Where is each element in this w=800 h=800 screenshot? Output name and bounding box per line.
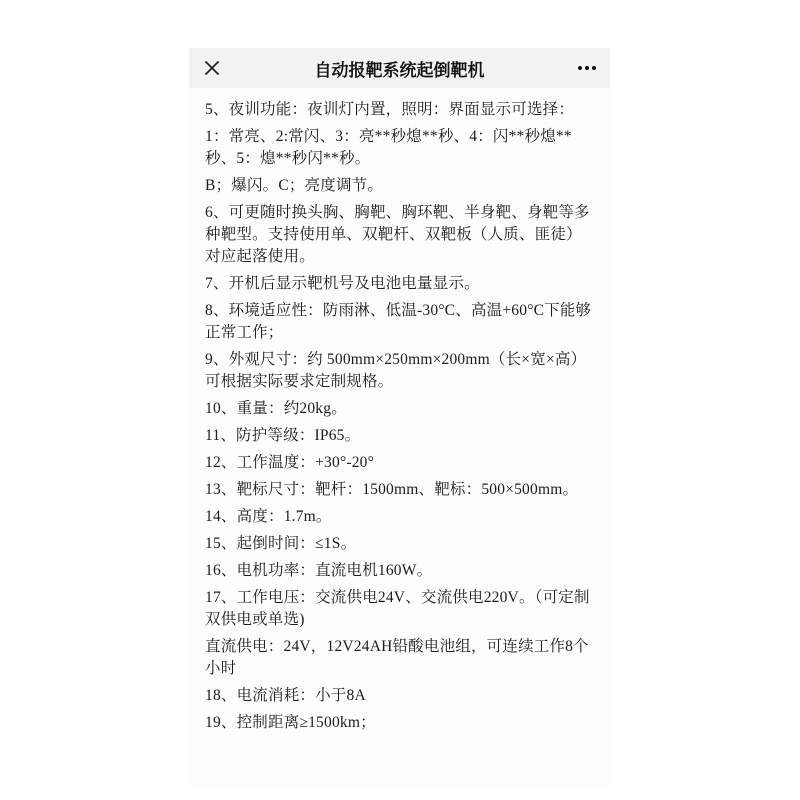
close-button[interactable] — [203, 59, 239, 77]
paragraph: 14、高度：1.7m。 — [205, 506, 594, 528]
app-header: 自动报靶系统起倒靶机 — [189, 48, 610, 88]
paragraph: 11、防护等级：IP65。 — [205, 425, 594, 447]
close-icon — [203, 59, 221, 77]
paragraph: 7、开机后显示靶机号及电池电量显示。 — [205, 273, 594, 295]
more-menu-button[interactable] — [560, 66, 596, 70]
paragraph: 12、工作温度：+30°-20° — [205, 452, 594, 474]
paragraph: 19、控制距离≥1500km； — [205, 712, 594, 734]
article-page: 自动报靶系统起倒靶机 5、夜训功能：夜训灯内置，照明：界面显示可选择：1：常亮、… — [189, 48, 610, 788]
ellipsis-icon — [578, 66, 596, 70]
paragraph: 1：常亮、2:常闪、3：亮**秒熄**秒、4：闪**秒熄**秒、5：熄**秒闪*… — [205, 126, 594, 170]
paragraph: 13、靶标尺寸：靶杆：1500mm、靶标：500×500mm。 — [205, 479, 594, 501]
paragraph: 5、夜训功能：夜训灯内置，照明：界面显示可选择： — [205, 99, 594, 121]
paragraph: 18、电流消耗：小于8A — [205, 685, 594, 707]
paragraph: 15、起倒时间：≤1S。 — [205, 533, 594, 555]
page-title: 自动报靶系统起倒靶机 — [239, 56, 560, 81]
paragraph: 16、电机功率：直流电机160W。 — [205, 560, 594, 582]
paragraph: 9、外观尺寸：约 500mm×250mm×200mm（长×宽×高）可根据实际要求… — [205, 349, 594, 393]
paragraph: 直流供电：24V，12V24AH铅酸电池组，可连续工作8个小时 — [205, 636, 594, 680]
paragraph: B；爆闪。C；亮度调节。 — [205, 175, 594, 197]
paragraph: 10、重量：约20kg。 — [205, 398, 594, 420]
article-body: 5、夜训功能：夜训灯内置，照明：界面显示可选择：1：常亮、2:常闪、3：亮**秒… — [189, 88, 610, 779]
paragraph: 8、环境适应性：防雨淋、低温-30°C、高温+60°C下能够正常工作； — [205, 300, 594, 344]
paragraph: 6、可更随时换头胸、胸靶、胸环靶、半身靶、身靶等多种靶型。支持使用单、双靶杆、双… — [205, 202, 594, 268]
paragraph: 17、工作电压：交流供电24V、交流供电220V。（可定制双供电或单选) — [205, 587, 594, 631]
